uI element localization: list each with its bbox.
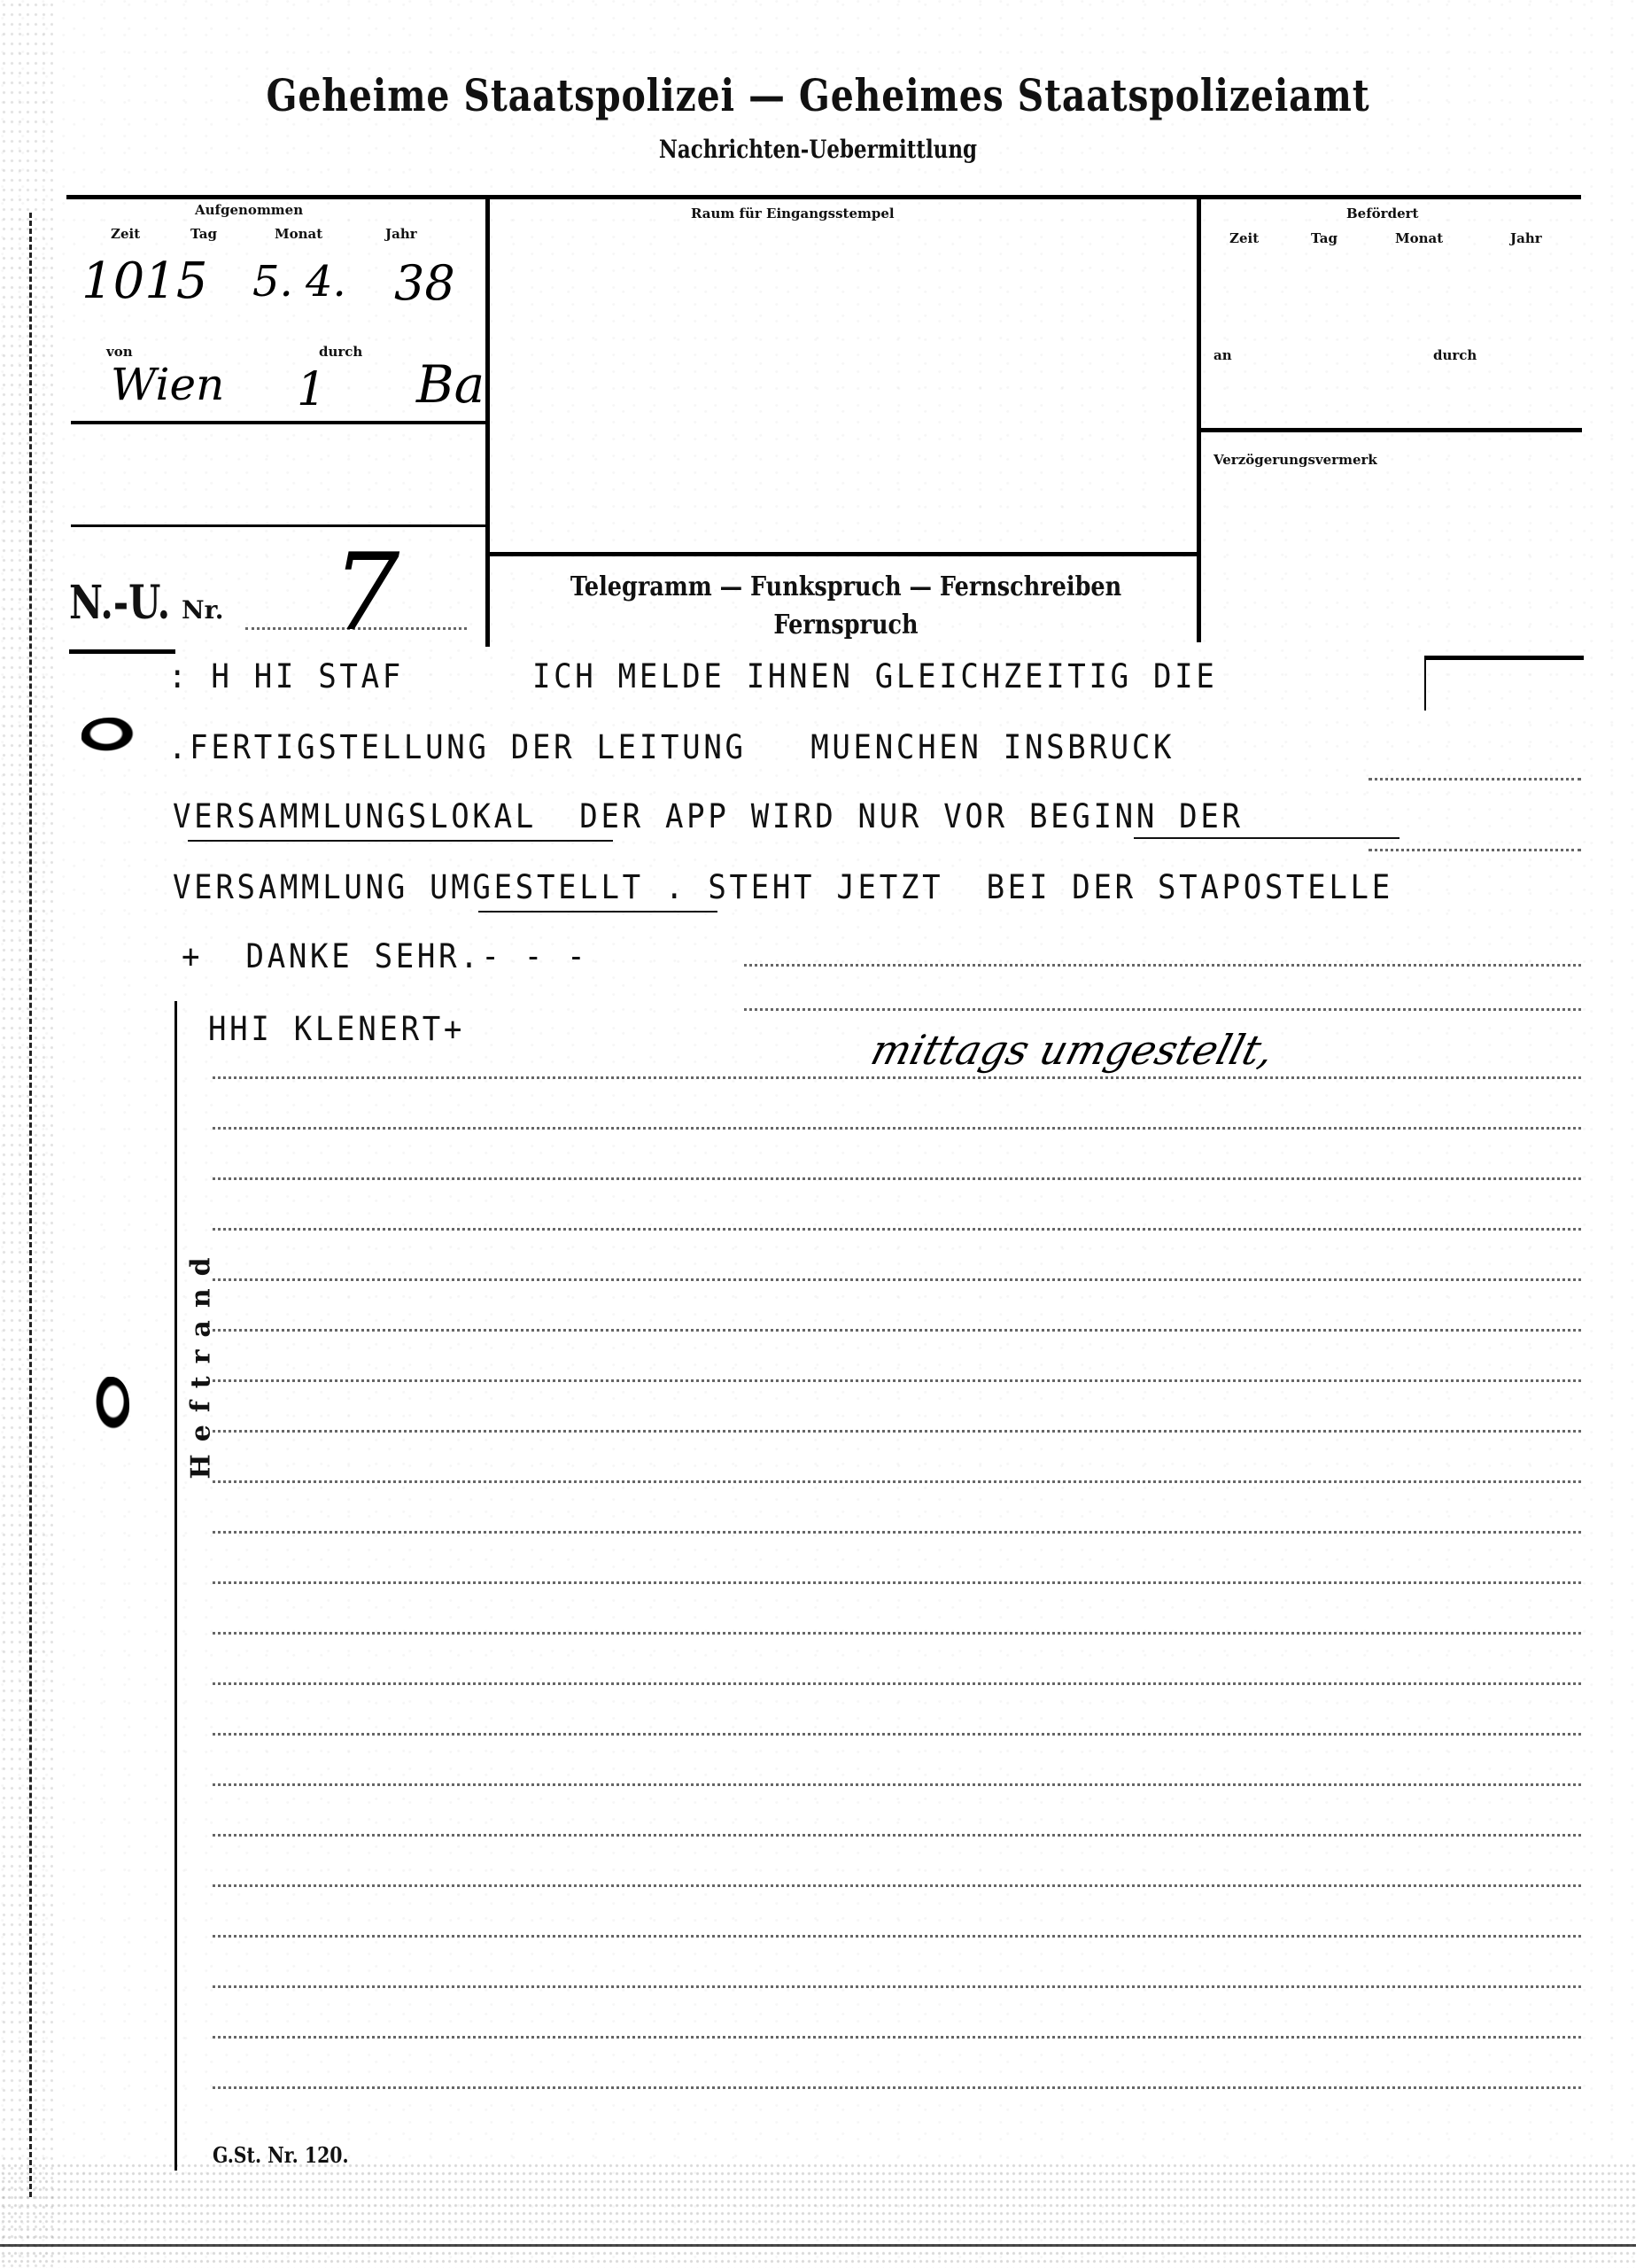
dotted-line xyxy=(213,1632,1581,1635)
underline-mark xyxy=(188,840,613,842)
dotted-line xyxy=(213,1733,1581,1736)
dotted-line xyxy=(213,1228,1581,1231)
received-zeit-value: 1015 xyxy=(81,252,208,310)
forwarded-col-jahr: Jahr xyxy=(1510,230,1542,246)
message-line: VERSAMMLUNG UMGESTELLT . STEHT JETZT BEI… xyxy=(173,868,1393,906)
dotted-line xyxy=(213,1581,1581,1584)
hole-punch-mark xyxy=(94,1377,129,1432)
dotted-line xyxy=(213,1430,1581,1433)
message-line: VERSAMMLUNGSLOKAL DER APP WIRD NUR VOR B… xyxy=(173,797,1244,835)
nu-number-value: 7 xyxy=(332,532,399,655)
page-bottom-edge xyxy=(0,2244,1636,2247)
underline-mark xyxy=(1134,837,1400,839)
received-col-tag: Tag xyxy=(190,226,217,242)
underline-mark xyxy=(478,911,717,913)
received-tag-value: 5. xyxy=(252,257,293,307)
dotted-line xyxy=(213,1076,1581,1079)
dotted-line xyxy=(213,2086,1581,2089)
forwarded-col-tag: Tag xyxy=(1311,230,1337,246)
right-box-side xyxy=(1424,656,1426,711)
dotted-line xyxy=(213,1783,1581,1786)
dotted-line xyxy=(213,2036,1581,2039)
dotted-line xyxy=(213,1935,1581,1938)
paper-speckle xyxy=(0,0,1636,2268)
scan-bottom-noise xyxy=(0,2162,1636,2268)
received-von-value: Wien xyxy=(111,359,224,410)
binding-edge xyxy=(29,213,32,2197)
received-col-jahr: Jahr xyxy=(385,226,417,242)
received-col-monat: Monat xyxy=(275,226,322,242)
stamp-bottom-rule xyxy=(487,552,1200,556)
nu-underline xyxy=(69,649,175,654)
received-durch-label: durch xyxy=(319,344,362,360)
message-line: : H HI STAF ICH MELDE IHNEN GLEICHZEITIG… xyxy=(168,657,1218,695)
forwarded-durch-label: durch xyxy=(1433,347,1477,363)
dotted-line xyxy=(213,1278,1581,1281)
dotted-line xyxy=(213,1177,1581,1180)
received-col-zeit: Zeit xyxy=(111,226,140,242)
dotted-line xyxy=(213,1834,1581,1837)
dotted-line xyxy=(1369,778,1581,781)
dotted-line xyxy=(213,1884,1581,1887)
forwarded-col-zeit: Zeit xyxy=(1229,230,1259,246)
delay-note-label: Verzögerungsvermerk xyxy=(1213,452,1377,468)
dotted-line xyxy=(213,1985,1581,1988)
received-durch-value: Ba xyxy=(416,354,485,415)
message-line: .FERTIGSTELLUNG DER LEITUNG MUENCHEN INS… xyxy=(168,728,1175,766)
dotted-line xyxy=(213,1480,1581,1483)
forwarded-heading: Befördert xyxy=(1346,206,1418,221)
forwarded-rule xyxy=(1201,428,1582,432)
received-line-value: 1 xyxy=(297,363,326,416)
received-jahr-value: 38 xyxy=(394,255,455,311)
dotted-line xyxy=(213,1379,1581,1382)
right-box-top xyxy=(1424,656,1584,660)
dotted-line xyxy=(213,1127,1581,1130)
document-subtitle: Nachrichten-Uebermittlung xyxy=(147,135,1489,164)
received-monat-value: 4. xyxy=(306,257,346,307)
dotted-line xyxy=(744,1008,1581,1011)
message-line: + DANKE SEHR.- - - xyxy=(182,937,588,975)
received-von-label: von xyxy=(106,344,133,360)
handwritten-note: mittags umgestellt, xyxy=(866,1026,1280,1074)
scan-edge-noise xyxy=(0,0,53,2268)
message-line: HHI KLENERT+ xyxy=(208,1010,465,1048)
forwarded-col-monat: Monat xyxy=(1395,230,1443,246)
forwarded-an-label: an xyxy=(1213,347,1232,363)
received-rule-2 xyxy=(71,524,487,527)
message-types: Telegramm — Funkspruch — Fernschreiben xyxy=(548,571,1144,602)
divider-right xyxy=(1197,195,1201,642)
top-rule xyxy=(66,195,1581,199)
stamp-heading: Raum für Eingangsstempel xyxy=(691,206,895,221)
nu-nr-label: Nr. xyxy=(182,595,224,625)
received-rule-1 xyxy=(71,421,487,424)
dotted-line xyxy=(1369,849,1581,851)
dotted-line xyxy=(213,1531,1581,1534)
dotted-line xyxy=(744,964,1581,967)
dotted-line xyxy=(213,1329,1581,1332)
message-left-rule xyxy=(174,1001,177,2171)
form-number: G.St. Nr. 120. xyxy=(213,2142,349,2168)
document-title: Geheime Staatspolizei — Geheimes Staatsp… xyxy=(147,69,1489,121)
hole-punch-mark xyxy=(81,718,136,753)
dotted-line xyxy=(213,1682,1581,1685)
message-types-2: Fernspruch xyxy=(548,610,1144,641)
received-heading: Aufgenommen xyxy=(195,202,303,218)
nu-label: N.-U. xyxy=(69,576,170,630)
